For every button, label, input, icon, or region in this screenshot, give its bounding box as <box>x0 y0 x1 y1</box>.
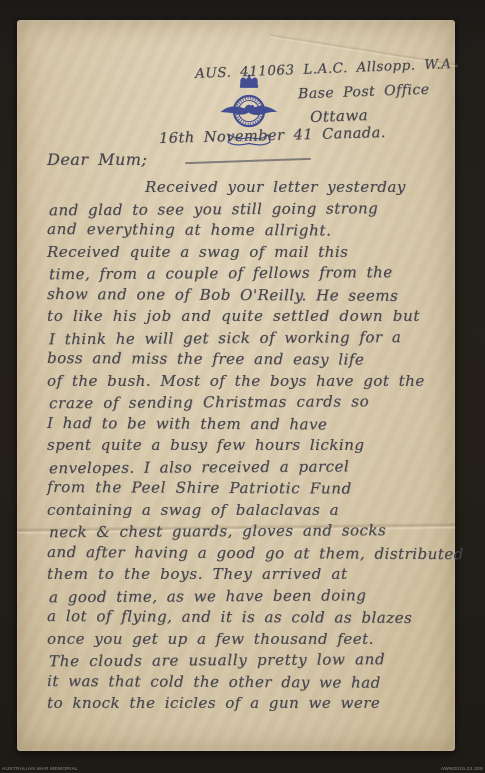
body-line: and glad to see you still going strong <box>49 197 451 221</box>
body-line: a good time, as we have been doing <box>49 584 451 608</box>
letter-page: AUS. 411063 L.A.C. Allsopp. W.A Base Pos… <box>17 20 455 751</box>
body-line: show and one of Bob O'Reilly. He seems <box>47 283 449 307</box>
service-number-line: AUS. 411063 L.A.C. Allsopp. W.A <box>194 56 451 82</box>
body-line: craze of sending Christmas cards so <box>49 391 451 415</box>
body-line: to like his job and quite settled down b… <box>47 306 449 328</box>
body-line: and after having a good go at them, dist… <box>47 541 449 565</box>
body-line: I think he will get sick of working for … <box>49 326 451 350</box>
date-line: 16th November 41 Canada. <box>159 125 386 147</box>
body-line: neck & chest guards, gloves and socks <box>49 520 451 544</box>
body-line: Received quite a swag of mail this <box>47 242 449 264</box>
archive-watermark-left: AUSTRALIAN WAR MEMORIAL <box>2 765 78 771</box>
body-line: Received your letter yesterday <box>47 177 449 199</box>
body-line: of the bush. Most of the boys have got t… <box>47 371 449 393</box>
body-line: boss and miss the free and easy life <box>47 348 449 372</box>
body-line: The clouds are usually pretty low and <box>49 649 451 673</box>
body-line: containing a swag of balaclavas a <box>47 500 449 522</box>
body-line: a lot of flying, and it is as cold as bl… <box>47 606 449 630</box>
archive-watermark-right: AWM2019.22.209 <box>441 765 483 771</box>
address-line-2: Ottawa <box>310 106 369 126</box>
body-line: to knock the icicles of a gun we were <box>47 693 449 715</box>
salutation: Dear Mum; <box>47 150 449 177</box>
address-line-1: Base Post Office <box>298 82 430 103</box>
body-line: from the Peel Shire Patriotic Fund <box>47 477 449 501</box>
letter-body: Dear Mum; Received your letter yesterday… <box>47 150 449 715</box>
body-line: once you get up a few thousand feet. <box>47 629 449 651</box>
body-line: spent quite a busy few hours licking <box>47 435 449 457</box>
body-line: them to the boys. They arrived at <box>47 564 449 586</box>
scanned-letter-background: AUS. 411063 L.A.C. Allsopp. W.A Base Pos… <box>0 0 485 773</box>
body-line: envelopes. I also received a parcel <box>49 455 451 479</box>
body-line: it was that cold the other day we had <box>47 670 449 694</box>
body-line: time, from a couple of fellows from the <box>49 262 451 286</box>
body-line: I had to be with them and have <box>47 412 449 436</box>
body-line: and everything at home allright. <box>47 219 449 243</box>
